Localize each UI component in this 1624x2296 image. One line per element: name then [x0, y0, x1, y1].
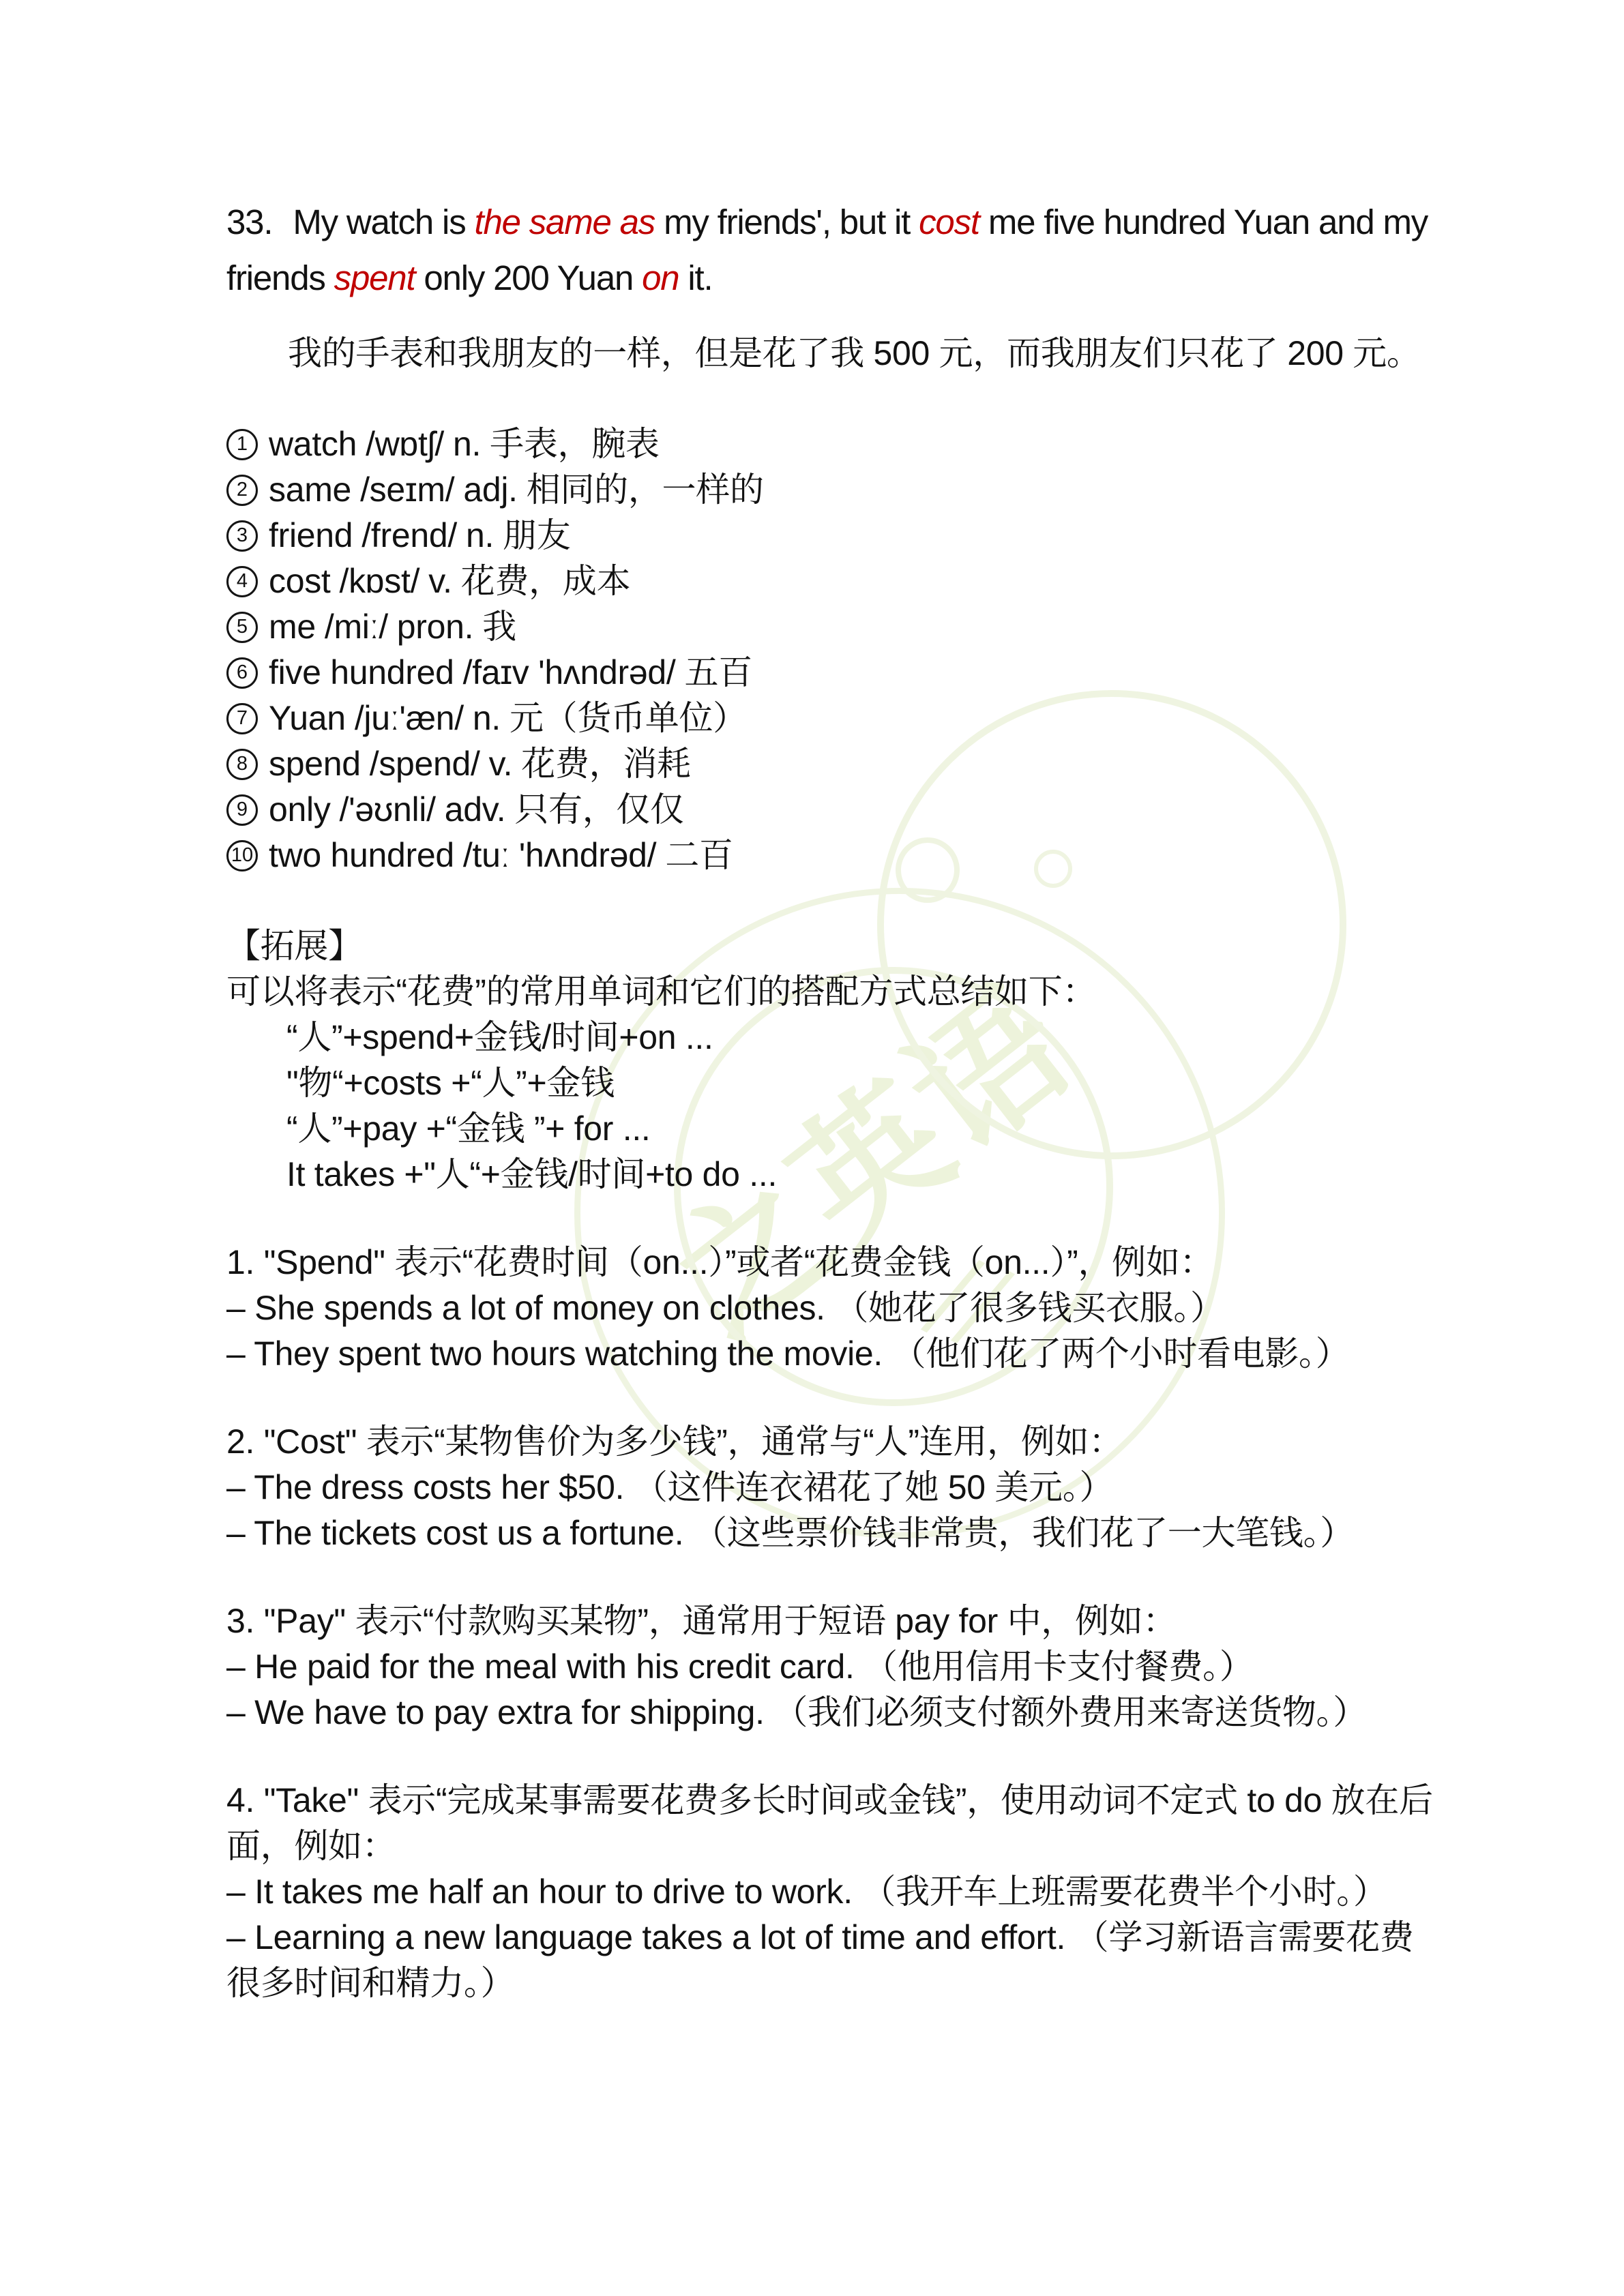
vocab-phonetic: /wɒtʃ/: [366, 421, 444, 467]
sentence-part: only 200 Yuan: [415, 258, 642, 297]
vocab-phonetic: /faɪv 'hʌndrəd/: [463, 650, 676, 696]
vocab-word: watch: [269, 421, 357, 467]
sentence-part: it.: [679, 258, 712, 297]
vocab-pos: n.: [453, 421, 481, 467]
vocab-phonetic: /miː/: [325, 604, 388, 650]
vocabulary-list: 1watch/wɒtʃ/n.手表，腕表2same/seɪm/adj.相同的，一样…: [226, 421, 1440, 878]
vocab-word: cost: [269, 558, 331, 604]
vocab-meaning: 元（货币单位）: [510, 696, 747, 741]
section-heading: 4. "Take" 表示“完成某事需要花费多长时间或金钱”，使用动词不定式 to…: [226, 1778, 1440, 1869]
section-heading: 2. "Cost" 表示“某物售价为多少钱”，通常与“人”连用，例如：: [226, 1419, 1440, 1465]
circled-number: 7: [226, 703, 258, 734]
example-line: – Learning a new language takes a lot of…: [226, 1915, 1440, 2006]
circled-number: 4: [226, 566, 258, 597]
vocab-item: 7Yuan/juː'æn/n.元（货币单位）: [226, 696, 1440, 741]
vocab-word: two hundred: [269, 833, 454, 878]
vocab-meaning: 只有，仅仅: [514, 787, 684, 833]
formula-list: “人”+spend+金钱/时间+on ..."物“+costs +“人”+金钱“…: [226, 1015, 1440, 1197]
circled-number: 10: [226, 840, 258, 871]
vocab-word: Yuan: [269, 696, 346, 741]
circled-number: 9: [226, 794, 258, 826]
circled-number: 2: [226, 475, 258, 506]
vocab-word: same: [269, 467, 351, 513]
circled-number: 8: [226, 749, 258, 780]
vocab-meaning: 二百: [665, 833, 733, 878]
vocab-phonetic: /spend/: [370, 741, 480, 787]
vocab-word: five hundred: [269, 650, 454, 696]
vocab-word: only: [269, 787, 331, 833]
section-heading: 1. "Spend" 表示“花费时间（on...）”或者“花费金钱（on...）…: [226, 1240, 1440, 1285]
vocab-word: friend: [269, 513, 353, 558]
vocab-word: spend: [269, 741, 361, 787]
highlight-word: the same as: [474, 203, 655, 241]
highlight-word: cost: [919, 203, 979, 241]
usage-section: 3. "Pay" 表示“付款购买某物”，通常用于短语 pay for 中，例如：…: [226, 1598, 1440, 1735]
vocab-item: 9only/'əʊnli/adv.只有，仅仅: [226, 787, 1440, 833]
vocab-phonetic: /juː'æn/: [355, 696, 464, 741]
vocab-word: me: [269, 604, 316, 650]
vocab-item: 3friend/frend/n.朋友: [226, 513, 1440, 558]
vocab-phonetic: /tuː 'hʌndrəd/: [463, 833, 656, 878]
expansion-block: 【拓展】 可以将表示“花费”的常用单词和它们的搭配方式总结如下： “人”+spe…: [226, 923, 1440, 1197]
highlight-word: spent: [334, 258, 415, 297]
vocab-item: 8spend/spend/v.花费，消耗: [226, 741, 1440, 787]
circled-number: 5: [226, 612, 258, 643]
expansion-title: 【拓展】: [226, 923, 1440, 969]
example-line: – We have to pay extra for shipping. （我们…: [226, 1690, 1440, 1735]
vocab-meaning: 相同的，一样的: [527, 467, 764, 513]
formula-line: “人”+pay +“金钱 ”+ for ...: [226, 1106, 1440, 1152]
usage-section: 1. "Spend" 表示“花费时间（on...）”或者“花费金钱（on...）…: [226, 1240, 1440, 1377]
example-line: – The tickets cost us a fortune. （这些票价钱非…: [226, 1510, 1440, 1556]
example-line: – They spent two hours watching the movi…: [226, 1331, 1440, 1377]
vocab-item: 10two hundred/tuː 'hʌndrəd/二百: [226, 833, 1440, 878]
vocab-meaning: 花费，消耗: [521, 741, 691, 787]
circled-number: 1: [226, 429, 258, 460]
vocab-pos: adv.: [445, 787, 506, 833]
expansion-intro: 可以将表示“花费”的常用单词和它们的搭配方式总结如下：: [226, 969, 1440, 1015]
vocab-pos: v.: [428, 558, 452, 604]
sentence-number: 33.: [226, 203, 272, 241]
usage-sections: 1. "Spend" 表示“花费时间（on...）”或者“花费金钱（on...）…: [226, 1240, 1440, 2006]
usage-section: 2. "Cost" 表示“某物售价为多少钱”，通常与“人”连用，例如：– The…: [226, 1419, 1440, 1556]
vocab-phonetic: /kɒst/: [340, 558, 420, 604]
vocab-pos: n.: [466, 513, 494, 558]
example-line: – The dress costs her $50. （这件连衣裙花了她 50 …: [226, 1465, 1440, 1510]
vocab-pos: v.: [489, 741, 513, 787]
document-page: 33.My watch is the same as my friends', …: [0, 0, 1624, 2006]
section-heading: 3. "Pay" 表示“付款购买某物”，通常用于短语 pay for 中，例如：: [226, 1598, 1440, 1644]
vocab-meaning: 五百: [685, 650, 752, 696]
example-line: – It takes me half an hour to drive to w…: [226, 1869, 1440, 1915]
formula-line: It takes +"人“+金钱/时间+to do ...: [226, 1152, 1440, 1197]
vocab-item: 2same/seɪm/adj.相同的，一样的: [226, 467, 1440, 513]
sentence-33: 33.My watch is the same as my friends', …: [226, 194, 1440, 306]
sentence-part: My watch is: [293, 203, 474, 241]
example-line: – She spends a lot of money on clothes. …: [226, 1285, 1440, 1331]
vocab-item: 4cost/kɒst/v.花费，成本: [226, 558, 1440, 604]
formula-line: "物“+costs +“人”+金钱: [226, 1060, 1440, 1106]
vocab-pos: adj.: [463, 467, 517, 513]
vocab-meaning: 花费，成本: [461, 558, 631, 604]
sentence-translation: 我的手表和我朋友的一样，但是花了我 500 元，而我朋友们只花了 200 元。: [226, 331, 1440, 376]
vocab-phonetic: /seɪm/: [360, 467, 454, 513]
circled-number: 3: [226, 520, 258, 552]
example-line: – He paid for the meal with his credit c…: [226, 1644, 1440, 1690]
formula-line: “人”+spend+金钱/时间+on ...: [226, 1015, 1440, 1060]
vocab-meaning: 我: [482, 604, 516, 650]
usage-section: 4. "Take" 表示“完成某事需要花费多长时间或金钱”，使用动词不定式 to…: [226, 1778, 1440, 2006]
vocab-pos: pron.: [397, 604, 473, 650]
vocab-item: 5me/miː/pron.我: [226, 604, 1440, 650]
vocab-meaning: 朋友: [503, 513, 570, 558]
vocab-phonetic: /'əʊnli/: [340, 787, 436, 833]
vocab-item: 6five hundred/faɪv 'hʌndrəd/五百: [226, 650, 1440, 696]
vocab-meaning: 手表，腕表: [490, 421, 660, 467]
sentence-part: my friends', but it: [655, 203, 919, 241]
vocab-phonetic: /frend/: [361, 513, 457, 558]
highlight-word: on: [642, 258, 679, 297]
circled-number: 6: [226, 657, 258, 689]
vocab-pos: n.: [473, 696, 501, 741]
vocab-item: 1watch/wɒtʃ/n.手表，腕表: [226, 421, 1440, 467]
